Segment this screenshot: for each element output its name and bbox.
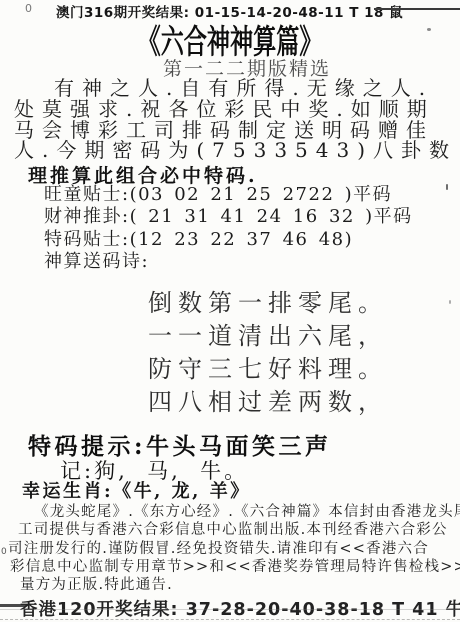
fine-print-line: 司注册发行的.谨防假冒.经免投资错失.请准印有<<香港六合 xyxy=(6,540,460,558)
intro-line: 人.今期密码为(7533543)八卦数 xyxy=(14,140,457,161)
bottom-dashed-rule xyxy=(0,619,460,620)
scan-line-artifact xyxy=(0,609,460,610)
top-right-rule xyxy=(374,8,460,10)
fine-print-line: 彩信息中心监制专用章节>>和<<香港奖券管理局特许售检栈>>的 xyxy=(6,558,460,576)
poem-line: 防守三七好料理。 xyxy=(148,353,388,386)
poem-line: 一一道清出六尾， xyxy=(148,320,388,353)
scanned-lottery-flyer: 0 澳门316期开奖结果: 01-15-14-20-48-11 T 18 鼠 《… xyxy=(0,0,460,622)
intro-paragraph: 有神之人.自有所得.无缘之人. 处莫强求.祝各位彩民中奖.如顺期 马会博彩工司排… xyxy=(14,78,457,161)
verse-block: 倒数第一排零尾。 一一道清出六尾， 防守三七好料理。 四八相过差两数， xyxy=(148,287,388,419)
scan-speck xyxy=(446,184,448,190)
scan-speck xyxy=(449,300,451,304)
publisher-fine-print: 《龙头蛇尾》.《东方心经》.《六合神篇》本信封由香港龙头尾 工司提供与香港六合彩… xyxy=(6,503,460,594)
poem-line: 四八相过差两数， xyxy=(148,386,388,419)
margin-zero-mark: 0 xyxy=(1,547,7,557)
intro-line: 有神之人.自有所得.无缘之人. xyxy=(14,78,457,99)
number-tips-block: 旺童贴士:(03 02 21 25 2722 )平码 财神推卦:( 21 31 … xyxy=(44,184,413,274)
corner-page-mark: 0 xyxy=(25,2,32,15)
poem-line: 倒数第一排零尾。 xyxy=(148,287,388,320)
tip-line-tema: 特码贴士:(12 23 22 37 46 48) xyxy=(44,229,413,251)
scan-speck xyxy=(427,28,431,31)
intro-line: 马会博彩工司排码制定送明码赠佳 xyxy=(14,120,457,141)
tip-line-wangtong: 旺童贴士:(03 02 21 25 2722 )平码 xyxy=(44,184,413,206)
intro-line: 处莫强求.祝各位彩民中奖.如顺期 xyxy=(14,99,457,120)
tip-line-caishen: 财神推卦:( 21 31 41 24 16 32 )平码 xyxy=(44,206,413,228)
fine-print-line: 《龙头蛇尾》.《东方心经》.《六合神篇》本信封由香港龙头尾 xyxy=(6,503,460,521)
fine-print-line: 工司提供与香港六合彩信息中心监制出版.本刊经香港六合彩公 xyxy=(6,521,460,539)
poem-header: 神算送码诗: xyxy=(44,251,413,273)
fine-print-line: 量方为正版.特此通告. xyxy=(6,576,460,594)
lucky-zodiac-line: 幸运生肖:《牛, 龙, 羊》 xyxy=(22,477,251,503)
